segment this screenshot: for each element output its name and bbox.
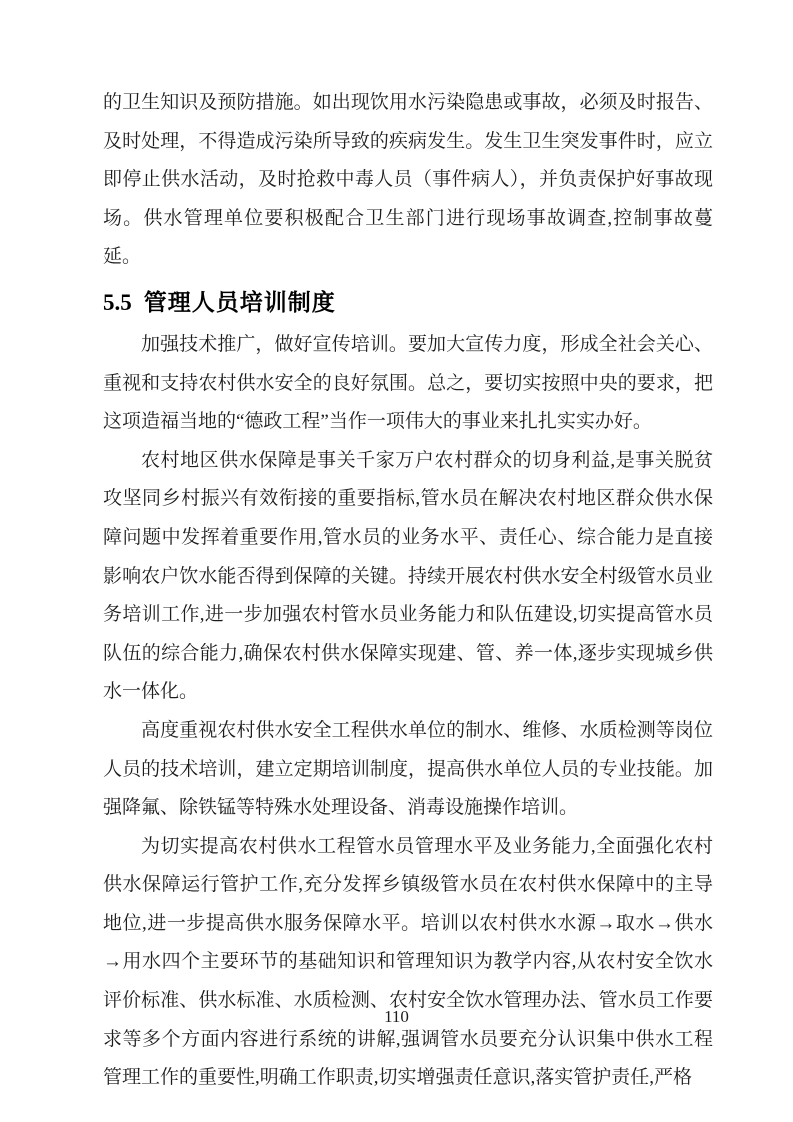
section-number: 5.5	[103, 290, 132, 315]
section-heading: 5.5管理人员培训制度	[103, 285, 713, 320]
document-page: 的卫生知识及预防措施。如出现饮用水污染隐患或事故，必须及时报告、及时处理，不得造…	[0, 0, 793, 1122]
body-paragraph: 加强技术推广，做好宣传培训。要加大宣传力度，形成全社会关心、重视和支持农村供水安…	[103, 326, 713, 442]
body-paragraph: 农村地区供水保障是事关千家万户农村群众的切身利益,是事关脱贫攻坚同乡村振兴有效衔…	[103, 442, 713, 712]
section-title: 管理人员培训制度	[144, 289, 336, 315]
page-content: 的卫生知识及预防措施。如出现饮用水污染隐患或事故，必须及时报告、及时处理，不得造…	[103, 84, 713, 1098]
body-paragraph: 高度重视农村供水安全工程供水单位的制水、维修、水质检测等岗位人员的技术培训，建立…	[103, 712, 713, 828]
page-number: 110	[0, 1006, 793, 1028]
body-paragraph-continuation: 的卫生知识及预防措施。如出现饮用水污染隐患或事故，必须及时报告、及时处理，不得造…	[103, 84, 713, 277]
body-paragraph: 为切实提高农村供水工程管水员管理水平及业务能力,全面强化农村供水保障运行管护工作…	[103, 828, 713, 1098]
